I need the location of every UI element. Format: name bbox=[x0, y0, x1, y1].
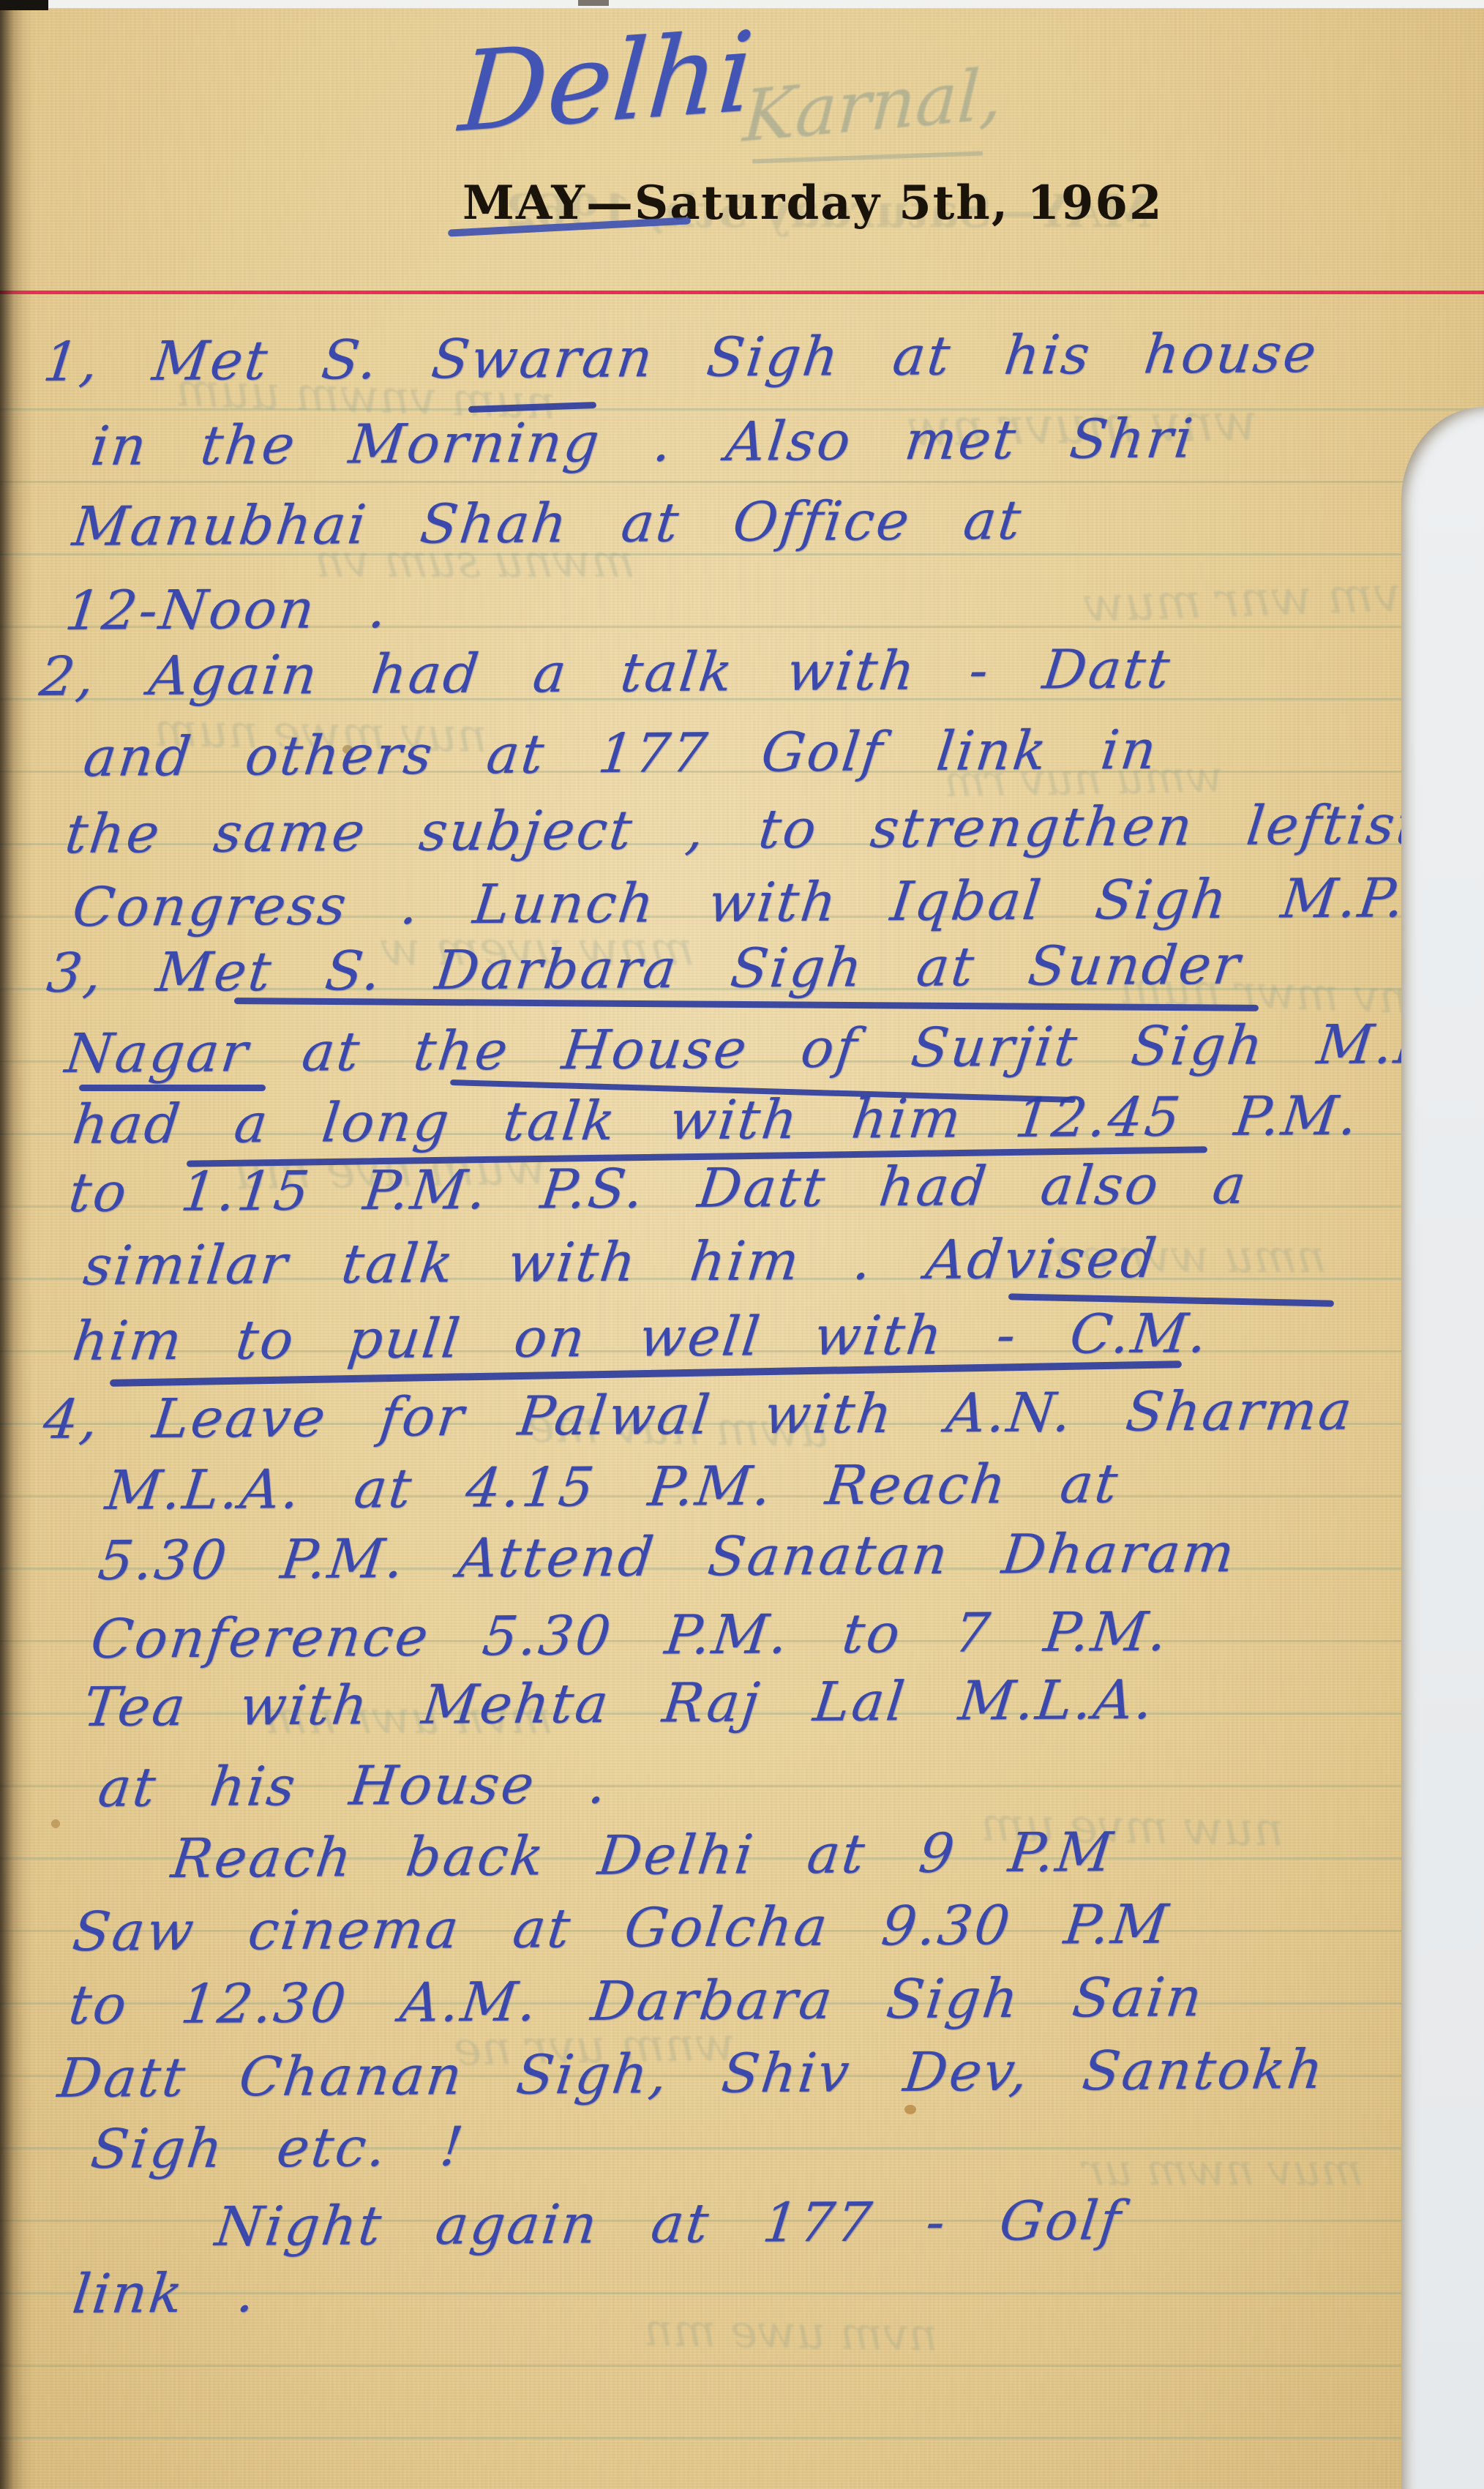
ghost-squiggle: muv nwm ur bbox=[1080, 2144, 1365, 2196]
handwritten-line: Nagar at the House of Surjit Sigh M.P bbox=[62, 1015, 1436, 1084]
location-header: Delhi bbox=[455, 8, 757, 157]
ink-underline bbox=[79, 1085, 266, 1091]
handwritten-line: 4, Leave for Palwal with A.N. Sharma bbox=[40, 1382, 1357, 1451]
red-date-rule bbox=[0, 291, 1484, 294]
handwritten-line: 3, Met S. Darbara Sigh at Sunder bbox=[44, 936, 1245, 1004]
handwritten-line: Saw cinema at Golcha 9.30 P.M bbox=[70, 1895, 1173, 1963]
scan-top-edge bbox=[0, 0, 1484, 8]
binding-gutter-shadow bbox=[0, 0, 34, 2489]
handwritten-line: 5.30 P.M. Attend Sanatan Dharam bbox=[95, 1524, 1239, 1591]
handwritten-line: the same subject , to strengthen leftist bbox=[62, 796, 1424, 864]
handwritten-line: Reach back Delhi at 9 P.M bbox=[168, 1823, 1117, 1889]
handwritten-line: link . bbox=[70, 2264, 261, 2324]
handwritten-line: Manubhai Shah at Office at bbox=[70, 491, 1026, 557]
handwritten-line: at his House . bbox=[95, 1755, 612, 1818]
handwritten-line: in the Morning . Also met Shri bbox=[88, 409, 1198, 476]
page-corner-cutout bbox=[1401, 407, 1484, 2489]
handwritten-line: to 12.30 A.M. Darbara Sigh Sain bbox=[66, 1968, 1207, 2035]
handwritten-line: Congress . Lunch with Iqbal Sigh M.P. bbox=[70, 869, 1409, 937]
handwritten-line: 12-Noon . bbox=[62, 580, 392, 641]
handwritten-line: had a long talk with him 12.45 P.M. bbox=[70, 1087, 1363, 1156]
handwritten-line: him to pull on well with - C.M. bbox=[70, 1304, 1212, 1371]
paper-fleck bbox=[51, 1819, 60, 1828]
handwritten-line: and others at 177 Golf link in bbox=[80, 721, 1161, 788]
scan-corner-mark bbox=[0, 0, 48, 10]
handwritten-line: 2, Again had a talk with - Datt bbox=[37, 640, 1174, 707]
handwritten-line: Datt Chanan Sigh, Shiv Dev, Santokh bbox=[55, 2040, 1328, 2108]
handwritten-line: Night again at 177 - Golf bbox=[212, 2191, 1125, 2257]
handwritten-line: Conference 5.30 P.M. to 7 P.M. bbox=[88, 1603, 1172, 1670]
handwritten-line: M.L.A. at 4.15 P.M. Reach at bbox=[102, 1454, 1123, 1521]
handwritten-line: similar talk with him . Advised bbox=[80, 1229, 1161, 1297]
handwritten-line: 1, Met S. Swaran Sigh at his house bbox=[40, 324, 1322, 393]
diary-page-scan: Karnal, MAY—Saturday 5th, 1962 num vnwm … bbox=[0, 0, 1484, 2489]
printed-date-header: MAY—Saturday 5th, 1962 bbox=[462, 176, 1163, 231]
scan-edge-mark bbox=[578, 0, 609, 6]
handwritten-line: Sigh etc. ! bbox=[88, 2117, 468, 2179]
paper-fleck bbox=[904, 2105, 916, 2114]
handwritten-line: Tea with Mehta Raj Lal M.L.A. bbox=[80, 1671, 1158, 1738]
ghost-squiggle: nvm uwe mn bbox=[643, 2303, 938, 2362]
